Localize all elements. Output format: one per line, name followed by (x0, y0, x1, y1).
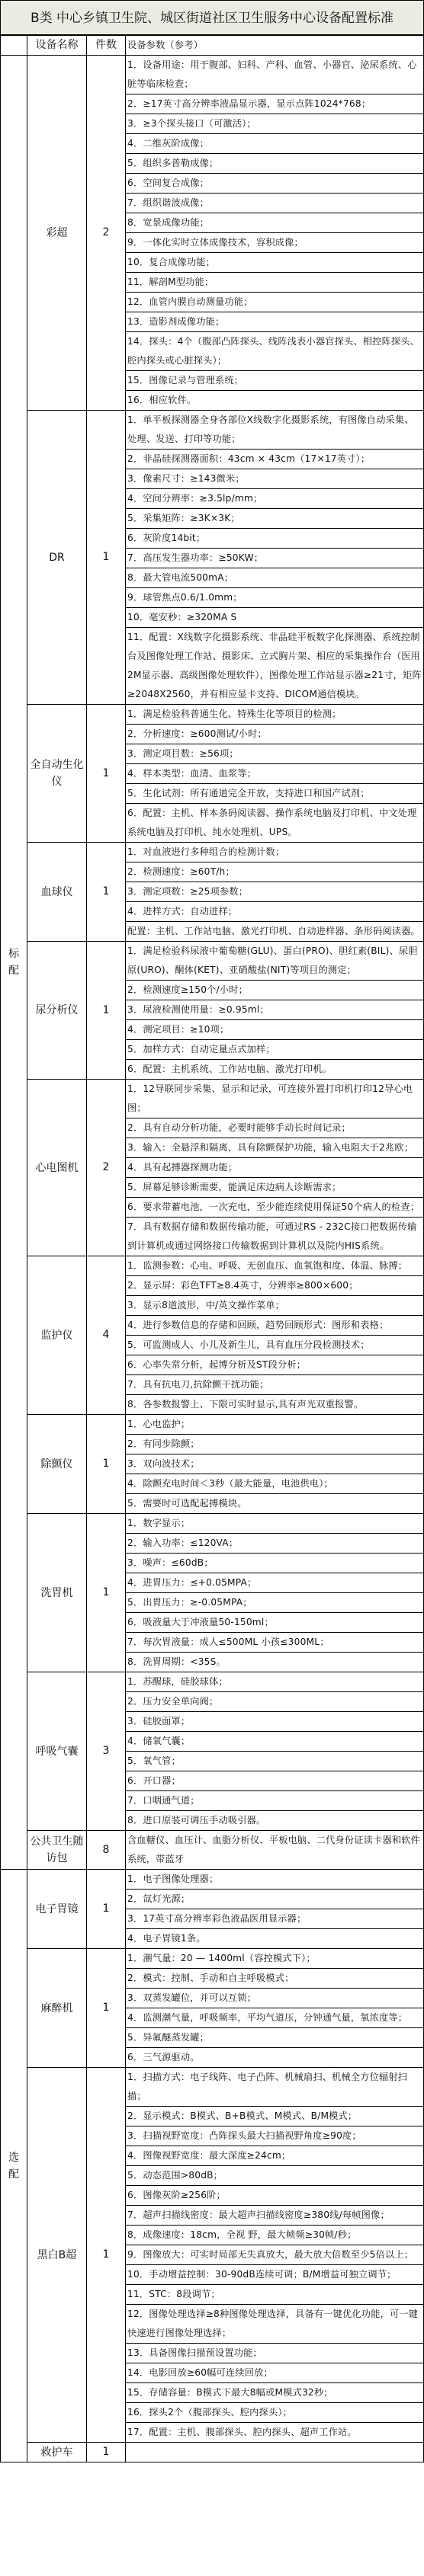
spec-item: 1．满足检验科普通生化、特殊生化等项目的检测； (126, 705, 424, 725)
spec-item: 4．进样方式：自动进样； (126, 902, 424, 922)
spec-item: 1．数字显示； (126, 1514, 424, 1534)
table-row: 血球仪11．对血液进行多种组合的检测计数； (1, 843, 424, 862)
equipment-name: 洗胃机 (27, 1514, 87, 1672)
spec-item: 2．检测速度≥150个/小时； (126, 981, 424, 1000)
spec-item: 3．硅胶面罩； (126, 1712, 424, 1732)
equipment-quantity: 3 (87, 1672, 126, 1831)
table-row: 救护车1 (1, 2443, 424, 2462)
spec-item: 4．图像视野宽度：最大深度≥24cm； (126, 2146, 424, 2166)
spec-item: 9．图像放大：可实时局部无失真放大，最大放大倍数至少5倍以上； (126, 2245, 424, 2265)
spec-item: 6．开口器； (126, 1771, 424, 1791)
table-row: 标配彩超21．设备用途：用于腹部、妇科、产科、血管、小器官、泌尿系统、心脏等临床… (1, 56, 424, 94)
spec-item: 8．宽景成像功能； (126, 213, 424, 233)
page-title: B类 中心乡镇卫生院、城区街道社区卫生服务中心设备配置标准 (1, 0, 423, 35)
spec-item: 2．模式：控制、手动和自主呼吸模式； (126, 1969, 424, 1989)
spec-item: 2．非晶硅探测器面积：43cm × 43cm（17×17英寸）； (126, 450, 424, 469)
spec-item: 9．一体化实时立体成像技术，容积成像； (126, 233, 424, 253)
table-row: 呼吸气囊31．苏醒球，硅胶球体； (1, 1672, 424, 1692)
spec-item: 5．生化试剂：所有通道完全开放，支持进口和国产试剂； (126, 784, 424, 804)
spec-item: 1．扫描方式：电子线阵、电子凸阵、机械扇扫、机械全方位辐射扫描； (126, 2068, 424, 2107)
spec-item: 6．配置：主机系统、工作站电脑、激光打印机。 (126, 1060, 424, 1080)
spec-item: 配置：主机、工作站电脑、激光打印机、自动进样器、条形码阅读器。 (126, 922, 424, 942)
spec-item: 4．监测潮气量，呼吸频率，平均气道压，分钟通气量，氧浓度等； (126, 2008, 424, 2028)
spec-item: 8．成像速度：18cm，全视 野，最大帧频≥30帧/秒； (126, 2226, 424, 2245)
equipment-name: DR (27, 411, 87, 705)
equipment-table: 设备名称 件数 设备参数（参考） 标配彩超21．设备用途：用于腹部、妇科、产科、… (0, 35, 424, 2462)
spec-item: 14．探头：4个（腹部凸阵探头、线阵浅表小器官探头、相控阵探头、腔内探头或心脏探… (126, 332, 424, 371)
equipment-name: 呼吸气囊 (27, 1672, 87, 1831)
spec-item: 4．进行参数信息的存储和回顾，趋势回顾形式：图形和表格； (126, 1316, 424, 1336)
equipment-quantity: 1 (87, 843, 126, 942)
spec-item: 6．配置：主机、样本条码阅读器、操作系统电脑及打印机、中文处理系统电脑及打印机、… (126, 804, 424, 843)
equipment-name: 尿分析仪 (27, 942, 87, 1080)
spec-item: 1．满足检验科尿液中葡萄糖(GLU)、蛋白(PRO)、胆红素(BIL)、尿胆原(… (126, 942, 424, 981)
spec-item: 5．异氟醚蒸发罐； (126, 2028, 424, 2048)
spec-item: 5．加样方式：自动定量点式加样； (126, 1040, 424, 1060)
spec-item: 17．配置：主机、腹部探头、腔内探头、超声工作站。 (126, 2423, 424, 2443)
spec-item: 1．心电监护； (126, 1415, 424, 1435)
spec-item: 4．二维灰阶成像； (126, 134, 424, 154)
table-row: 选配电子胃镜11．电子图像处理器； (1, 1870, 424, 1890)
spec-item: 9．球管焦点0.6/1.0mm； (126, 588, 424, 608)
equipment-quantity: 1 (87, 1415, 126, 1514)
spec-item: 4．样本类型：血清、血浆等； (126, 764, 424, 784)
table-row: 洗胃机11．数字显示； (1, 1514, 424, 1534)
equipment-quantity: 1 (87, 1870, 126, 1949)
header-category (1, 36, 27, 56)
equipment-standard-sheet: B类 中心乡镇卫生院、城区街道社区卫生服务中心设备配置标准 设备名称 件数 设备… (0, 0, 424, 2462)
spec-item: 3．双蒸发罐位，并可以互锁； (126, 1989, 424, 2008)
equipment-name: 彩超 (27, 56, 87, 411)
spec-item: 6．吸液量大于冲液量50-150ml； (126, 1613, 424, 1633)
spec-item: 2．显示模式：B模式、B+B模式、M模式、B/M模式； (126, 2107, 424, 2126)
spec-item: 5．出胃压力：≥-0.05MPA； (126, 1593, 424, 1613)
spec-item: 6．空间复合成像； (126, 174, 424, 194)
spec-item: 8．各参数报警上、下限可实时显示,具有声光双重报警。 (126, 1395, 424, 1415)
spec-item: 1．电子图像处理器； (126, 1870, 424, 1890)
spec-item: 7．组织谐波成像； (126, 194, 424, 213)
table-row: 心电图机21．12导联同步采集、显示和记录，可连接外置打印机打印12导心电图； (1, 1080, 424, 1118)
spec-item: 2．压力安全单向阀； (126, 1692, 424, 1712)
spec-item: 16．探头2个（腹部探头、腔内探头）； (126, 2403, 424, 2423)
spec-item: 10．毫安秒：≥320MA S (126, 608, 424, 628)
spec-item: 5．动态范围>80dB； (126, 2166, 424, 2186)
equipment-quantity: 4 (87, 1256, 126, 1415)
spec-item: 1．潮气量：20 — 1400ml（容控模式下）； (126, 1949, 424, 1969)
spec-item: 5．氧气管； (126, 1752, 424, 1771)
equipment-name: 黑白B超 (27, 2068, 87, 2443)
equipment-name: 救护车 (27, 2443, 87, 2462)
equipment-quantity: 1 (87, 1949, 126, 2068)
spec-item: 3．输入：全悬浮和隔离，具有除颤保护功能，输入电阻大于2兆欧； (126, 1138, 424, 1158)
spec-item: 7．具有抗电刀,抗除颤干扰功能； (126, 1375, 424, 1395)
category-cell-standard: 标配 (1, 56, 27, 1870)
equipment-name: 监护仪 (27, 1256, 87, 1415)
spec-item: 7．每次胃液量：成人≤500ML 小孩≤300ML； (126, 1633, 424, 1653)
spec-item: 7．超声扫描线密度：最大超声扫描线密度≥380线/每帧图像； (126, 2206, 424, 2226)
spec-item: 8．洗胃周期：<35S。 (126, 1653, 424, 1672)
spec-item: 3．扫描视野宽度：凸阵探头最大扫描视野角度≥90度； (126, 2126, 424, 2146)
spec-item: 4．电子胃镜1条。 (126, 1929, 424, 1949)
table-row: 全自动生化仪11．满足检验科普通生化、特殊生化等项目的检测； (1, 705, 424, 725)
spec-item: 10．手动增益控制：30-90dB连续可调；B/M增益可独立调节； (126, 2265, 424, 2285)
spec-item: 8．进口原装可调压手动吸引器。 (126, 1811, 424, 1831)
spec-item: 12．血管内膜自动测量功能； (126, 293, 424, 312)
spec-item: 2．具有自动分析功能，必要时能够手动长时间记录； (126, 1118, 424, 1138)
spec-item: 1．12导联同步采集、显示和记录，可连接外置打印机打印12导心电图； (126, 1080, 424, 1118)
spec-item: 15．图像记录与管理系统； (126, 371, 424, 391)
spec-item: 5．采集矩阵：≥3K×3K； (126, 509, 424, 529)
equipment-name: 麻醉机 (27, 1949, 87, 2068)
spec-item: 1．监测参数：心电、呼吸、无创血压、血氧饱和度、体温、脉搏； (126, 1256, 424, 1276)
header-quantity: 件数 (87, 36, 126, 56)
category-cell-optional: 选配 (1, 1870, 27, 2462)
header-equipment-name: 设备名称 (27, 36, 87, 56)
spec-item: 13．造影剂成像功能； (126, 312, 424, 332)
spec-item: 8．最大管电流500mA； (126, 568, 424, 588)
equipment-quantity: 1 (87, 2068, 126, 2443)
spec-item: 1．对血液进行多种组合的检测计数； (126, 843, 424, 862)
spec-item: 11．配置：X线数字化摄影系统、非晶硅平板数字化探测器、系统控制台及图像处理工作… (126, 628, 424, 705)
spec-item: 5．屏幕足够诊断需要，能满足床边病人诊断需求； (126, 1178, 424, 1198)
spec-item: 6．三气源驱动。 (126, 2048, 424, 2068)
spec-item: 5．需要时可选配起搏模块。 (126, 1494, 424, 1514)
spec-item: 6．心率失常分析，起博分析及ST段分析； (126, 1355, 424, 1375)
table-header-row: 设备名称 件数 设备参数（参考） (1, 36, 424, 56)
equipment-quantity: 1 (87, 1514, 126, 1672)
spec-item: 2．有同步除颤； (126, 1435, 424, 1454)
spec-item: 14．电影回放≥60幅可连续回放； (126, 2363, 424, 2383)
spec-item: 16．相应软件。 (126, 391, 424, 411)
spec-item: 11．解剖M型功能； (126, 273, 424, 293)
spec-item: 3．像素尺寸：≥143微米； (126, 469, 424, 489)
table-row: 黑白B超11．扫描方式：电子线阵、电子凸阵、机械扇扫、机械全方位辐射扫描； (1, 2068, 424, 2107)
header-parameters: 设备参数（参考） (126, 36, 424, 56)
spec-item (126, 2443, 424, 2462)
equipment-quantity: 8 (87, 1831, 126, 1870)
spec-item: 1．设备用途：用于腹部、妇科、产科、血管、小器官、泌尿系统、心脏等临床检查； (126, 56, 424, 94)
equipment-quantity: 1 (87, 2443, 126, 2462)
spec-item: 2．检测速度：≥60T/h； (126, 862, 424, 882)
spec-item: 4．测定项目：≥10项； (126, 1020, 424, 1040)
spec-item: 3．双向波技术； (126, 1454, 424, 1474)
spec-item: 1．单平板探测器全身各部位X线数字化摄影系统，有图像自动采集、处理、发送、打印等… (126, 411, 424, 450)
spec-item: 5．组织多普勒成像； (126, 154, 424, 174)
spec-item: 7．口咽通气道； (126, 1791, 424, 1811)
equipment-name: 血球仪 (27, 843, 87, 942)
spec-item: 2．分析速度：≥600测试/小时； (126, 725, 424, 744)
spec-item: 6．图像灰阶≥256阶； (126, 2186, 424, 2206)
equipment-quantity: 1 (87, 411, 126, 705)
spec-item: 3．测定项目数：≥56项； (126, 744, 424, 764)
spec-item: 2．输入功率：≤120VA； (126, 1534, 424, 1554)
table-row: 尿分析仪11．满足检验科尿液中葡萄糖(GLU)、蛋白(PRO)、胆红素(BIL)… (1, 942, 424, 981)
spec-item: 13．具备图像扫描预设置功能； (126, 2344, 424, 2363)
equipment-name: 电子胃镜 (27, 1870, 87, 1949)
spec-item: 3．显示8道波形，中/英文操作菜单； (126, 1296, 424, 1316)
spec-item: 3．噪声：≤60dB； (126, 1554, 424, 1573)
spec-item: 2．≥17英寸高分辨率液晶显示器，显示点阵1024*768； (126, 94, 424, 114)
spec-item: 2．显示屏：彩色TFT≥8.4英寸，分辨率≥800×600； (126, 1276, 424, 1296)
spec-item: 5．可监测成人、小儿及新生儿，具有血压分段检测技术； (126, 1336, 424, 1355)
spec-item: 2．氙灯光源； (126, 1890, 424, 1909)
spec-item: 4．具有起搏器探测功能； (126, 1158, 424, 1178)
spec-item: 15．存储容量：B模式下最大8幅或M模式32秒； (126, 2383, 424, 2403)
spec-item: 12．图像处理选择≥8种图像处理选择，具备有一键优化功能，可一键快速进行图像处理… (126, 2305, 424, 2344)
equipment-quantity: 1 (87, 705, 126, 843)
spec-item: 4．进胃压力：≤+0.05MPA； (126, 1573, 424, 1593)
spec-item: 6．要求带蓄电池，一次充电，至少能连续使用保证50个病人的检查； (126, 1198, 424, 1218)
spec-item: 4．除颤充电时间＜3秒（最大能量，电池供电）； (126, 1474, 424, 1494)
category-label: 标配 (8, 946, 20, 979)
spec-item: 1．苏醒球，硅胶球体； (126, 1672, 424, 1692)
equipment-name: 心电图机 (27, 1080, 87, 1256)
spec-item: 3．测定项数：≥25项参数； (126, 882, 424, 902)
spec-item: 3．≥3个探头接口（可激活）； (126, 114, 424, 134)
spec-item: 7．具有数据存储和数据传输功能，可通过RS - 232C接口把数据传输到计算机或… (126, 1218, 424, 1256)
spec-item: 10．复合成像功能； (126, 253, 424, 273)
spec-item: 3．17英寸高分辨率彩色液晶医用显示器； (126, 1909, 424, 1929)
spec-item: 含血糖仪、血压计、血脂分析仪、平板电脑、二代身份证读卡器和软件系统，带蓝牙 (126, 1831, 424, 1870)
category-label: 选配 (8, 2149, 20, 2183)
spec-item: 6．灰阶度14bit； (126, 529, 424, 549)
spec-item: 4．空间分辨率：≥3.5lp/mm； (126, 489, 424, 509)
equipment-name: 除颤仪 (27, 1415, 87, 1514)
spec-item: 11．STC：8段调节； (126, 2285, 424, 2305)
equipment-quantity: 2 (87, 56, 126, 411)
equipment-quantity: 1 (87, 942, 126, 1080)
table-row: 公共卫生随访包8含血糖仪、血压计、血脂分析仪、平板电脑、二代身份证读卡器和软件系… (1, 1831, 424, 1870)
spec-item: 7．高压发生器功率：≥50KW； (126, 549, 424, 568)
table-row: DR11．单平板探测器全身各部位X线数字化摄影系统，有图像自动采集、处理、发送、… (1, 411, 424, 450)
equipment-quantity: 2 (87, 1080, 126, 1256)
equipment-name: 全自动生化仪 (27, 705, 87, 843)
table-row: 监护仪41．监测参数：心电、呼吸、无创血压、血氧饱和度、体温、脉搏； (1, 1256, 424, 1276)
equipment-name: 公共卫生随访包 (27, 1831, 87, 1870)
table-row: 麻醉机11．潮气量：20 — 1400ml（容控模式下）； (1, 1949, 424, 1969)
spec-item: 3．尿液检测使用量：≥0.95ml； (126, 1000, 424, 1020)
table-row: 除颤仪11．心电监护； (1, 1415, 424, 1435)
spec-item: 4．储氧气囊； (126, 1732, 424, 1752)
